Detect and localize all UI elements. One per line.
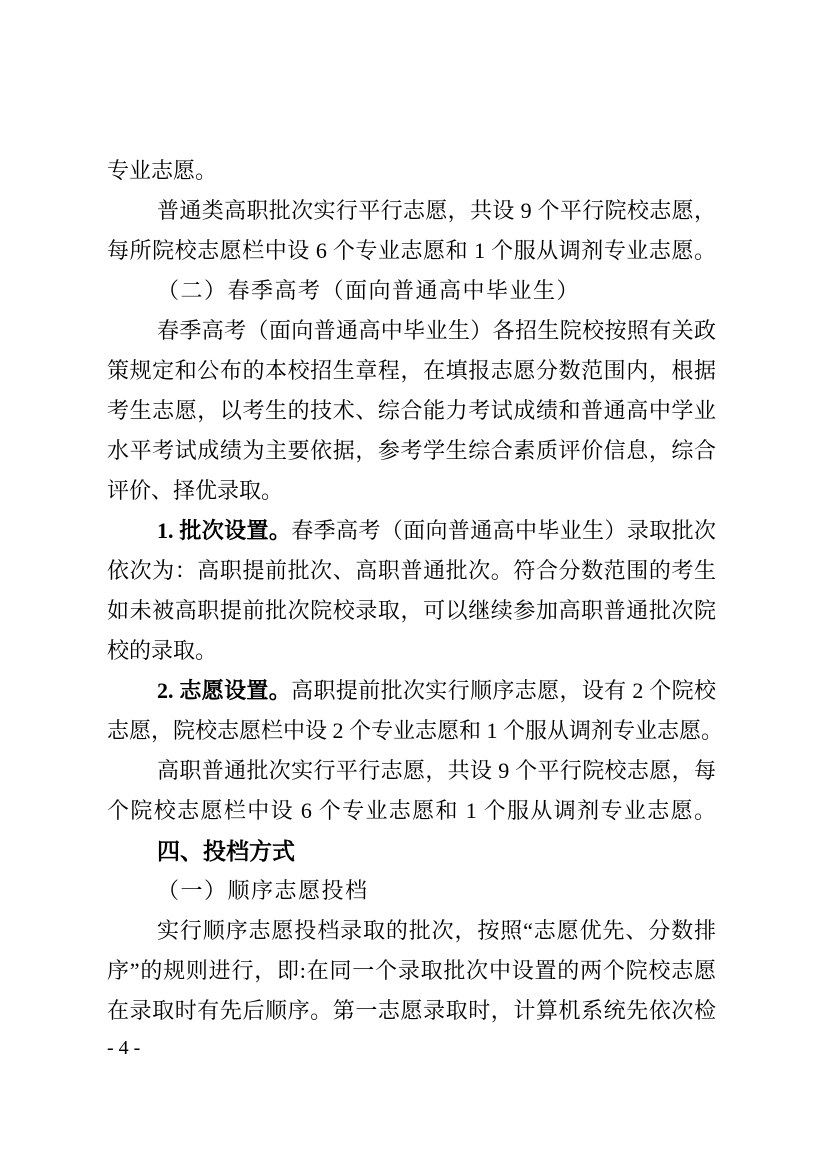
text-line-16: 高职普通批次实行平行志愿，共设 9 个平行院校志愿，每 xyxy=(107,751,716,791)
page-number: - 4 - xyxy=(107,1037,140,1059)
text-line-18: 四、投档方式 xyxy=(107,831,716,871)
text-line-14: 2. 志愿设置。高职提前批次实行顺序志愿，设有 2 个院校 xyxy=(107,671,716,711)
text-segment: 依次为：高职提前批次、高职普通批次。符合分数范围的考生 xyxy=(107,558,716,583)
text-segment: 策规定和公布的本校招生章程，在填报志愿分数范围内，根据 xyxy=(107,358,716,383)
text-line-4: （二）春季高考（面向普通高中毕业生） xyxy=(107,271,716,311)
text-line-6: 策规定和公布的本校招生章程，在填报志愿分数范围内，根据 xyxy=(107,351,716,391)
text-segment: 个院校志愿栏中设 6 个专业志愿和 1 个服从调剂专业志愿。 xyxy=(107,798,716,823)
text-line-19: （一）顺序志愿投档 xyxy=(107,871,716,911)
document-body: 专业志愿。普通类高职批次实行平行志愿，共设 9 个平行院校志愿，每所院校志愿栏中… xyxy=(107,151,716,1031)
text-line-11: 依次为：高职提前批次、高职普通批次。符合分数范围的考生 xyxy=(107,551,716,591)
text-line-21: 序”的规则进行，即:在同一个录取批次中设置的两个院校志愿 xyxy=(107,951,716,991)
text-segment: 志愿，院校志愿栏中设 2 个专业志愿和 1 个服从调剂专业志愿。 xyxy=(107,718,723,743)
text-segment-bold: 四、投档方式 xyxy=(157,838,295,864)
text-segment: 评价、择优录取。 xyxy=(107,478,283,503)
text-line-13: 校的录取。 xyxy=(107,631,716,671)
text-segment-bold: 2. 志愿设置。 xyxy=(157,678,291,703)
text-line-7: 考生志愿，以考生的技术、综合能力考试成绩和普通高中学业 xyxy=(107,391,716,431)
text-segment: 每所院校志愿栏中设 6 个专业志愿和 1 个服从调剂专业志愿。 xyxy=(107,238,716,263)
text-segment: （一）顺序志愿投档 xyxy=(157,878,369,903)
text-line-3: 每所院校志愿栏中设 6 个专业志愿和 1 个服从调剂专业志愿。 xyxy=(107,231,716,271)
text-segment: 如未被高职提前批次院校录取，可以继续参加高职普通批次院 xyxy=(107,598,716,623)
text-line-5: 春季高考（面向普通高中毕业生）各招生院校按照有关政 xyxy=(107,311,716,351)
text-line-17: 个院校志愿栏中设 6 个专业志愿和 1 个服从调剂专业志愿。 xyxy=(107,791,716,831)
text-line-22: 在录取时有先后顺序。第一志愿录取时，计算机系统先依次检 xyxy=(107,991,716,1031)
text-segment: 高职普通批次实行平行志愿，共设 9 个平行院校志愿，每 xyxy=(157,758,716,783)
text-line-10: 1. 批次设置。春季高考（面向普通高中毕业生）录取批次 xyxy=(107,511,716,551)
text-line-8: 水平考试成绩为主要依据，参考学生综合素质评价信息，综合 xyxy=(107,431,716,471)
text-segment: 水平考试成绩为主要依据，参考学生综合素质评价信息，综合 xyxy=(107,438,716,463)
text-segment: 实行顺序志愿投档录取的批次，按照“志愿优先、分数排 xyxy=(157,918,716,943)
text-line-15: 志愿，院校志愿栏中设 2 个专业志愿和 1 个服从调剂专业志愿。 xyxy=(107,711,716,751)
text-segment: 序”的规则进行，即:在同一个录取批次中设置的两个院校志愿 xyxy=(107,958,716,983)
text-segment-bold: 1. 批次设置。 xyxy=(157,518,291,543)
text-line-2: 普通类高职批次实行平行志愿，共设 9 个平行院校志愿， xyxy=(107,191,716,231)
text-segment: 高职提前批次实行顺序志愿，设有 2 个院校 xyxy=(291,678,716,703)
text-segment: 专业志愿。 xyxy=(107,158,217,183)
text-segment: 春季高考（面向普通高中毕业生）各招生院校按照有关政 xyxy=(157,318,716,343)
text-line-12: 如未被高职提前批次院校录取，可以继续参加高职普通批次院 xyxy=(107,591,716,631)
text-line-9: 评价、择优录取。 xyxy=(107,471,716,511)
text-segment: 普通类高职批次实行平行志愿，共设 9 个平行院校志愿， xyxy=(157,198,716,223)
text-segment: 春季高考（面向普通高中毕业生）录取批次 xyxy=(291,518,716,543)
text-segment: 在录取时有先后顺序。第一志愿录取时，计算机系统先依次检 xyxy=(107,998,716,1023)
text-line-1: 专业志愿。 xyxy=(107,151,716,191)
text-segment: 校的录取。 xyxy=(107,638,217,663)
document-page: 专业志愿。普通类高职批次实行平行志愿，共设 9 个平行院校志愿，每所院校志愿栏中… xyxy=(0,0,826,1169)
text-segment: （二）春季高考（面向普通高中毕业生） xyxy=(157,278,580,303)
text-line-20: 实行顺序志愿投档录取的批次，按照“志愿优先、分数排 xyxy=(107,911,716,951)
text-segment: 考生志愿，以考生的技术、综合能力考试成绩和普通高中学业 xyxy=(107,398,716,423)
